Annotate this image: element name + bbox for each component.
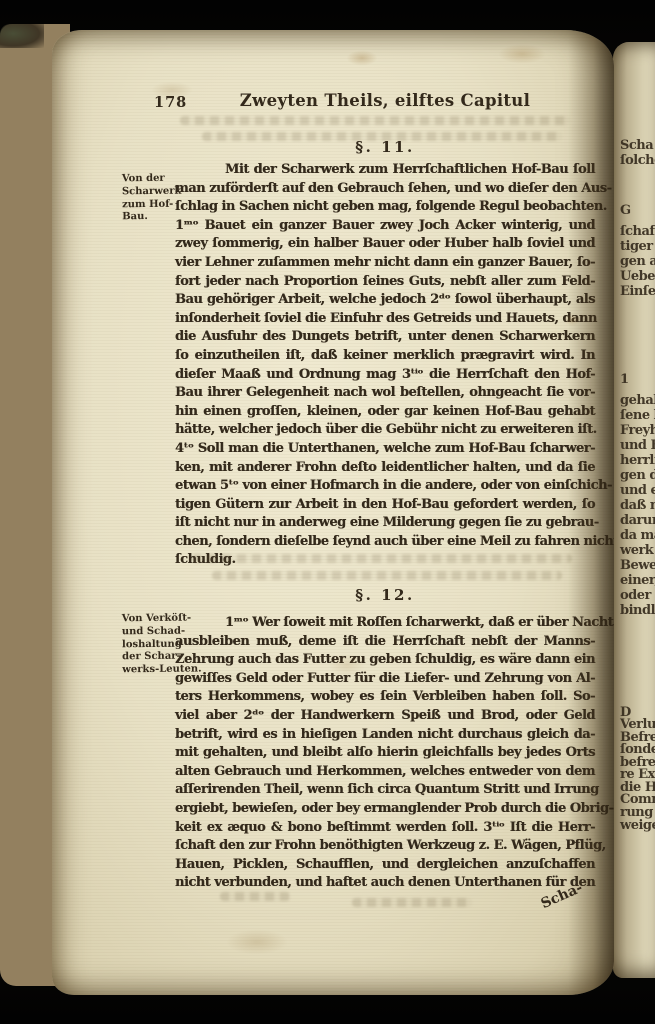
text-fragment: oder ſo	[620, 588, 655, 603]
text-fragment: bindlich	[620, 603, 655, 618]
text-line: ſchlag in Sachen nicht geben mag, folgen…	[175, 198, 595, 217]
text-line: 1ᵐᵒ Bauet ein ganzer Bauer zwey Joch Ack…	[175, 217, 595, 236]
text-line: Bau gehöriger Arbeit, welche jedoch 2ᵈᵒ …	[175, 291, 595, 310]
text-line: hätte, welcher jedoch über die Gebühr ni…	[175, 421, 595, 440]
text-line: 4ᵗᵒ Soll man die Unterthanen, welche zum…	[175, 440, 595, 459]
text-fragment: 1	[620, 372, 629, 387]
text-fragment: darunte	[620, 513, 655, 528]
text-line: mit gehalten, und bleibt alſo hierin gle…	[175, 744, 595, 763]
text-line: etwan 5ᵗᵒ von einer Hofmarch in die ande…	[175, 477, 595, 496]
margin-note-line: Bau.	[122, 211, 178, 224]
show-through-smudge	[202, 132, 562, 141]
show-through-smudge	[352, 898, 472, 907]
text-fragment: ſene be	[620, 408, 655, 423]
section-heading-12: §. 12.	[175, 586, 595, 604]
text-line: ſchaft den zur Frohn benöthigten Werkzeu…	[175, 837, 595, 856]
text-line: ausbleiben muß, deme iſt die Herrſchaft …	[175, 633, 595, 652]
text-fragment: Scha	[620, 138, 653, 153]
margin-note-line: Von der	[122, 173, 178, 186]
text-fragment: weigert	[620, 818, 655, 833]
show-through-smudge	[220, 892, 290, 901]
text-line: nicht verbunden, und haftet auch denen U…	[175, 874, 595, 893]
text-line: Hauen, Picklen, Schaufflen, und dergleic…	[175, 856, 595, 875]
show-through-smudge	[212, 571, 562, 580]
text-fragment: gen a	[620, 254, 655, 269]
left-page: 178 Zweyten Theils, eilftes Capitul §. 1…	[52, 30, 614, 995]
text-fragment: einer,	[620, 573, 655, 588]
text-line: ſo einzutheilen iſt, daß keiner merklich…	[175, 347, 595, 366]
text-fragment: ſolche	[620, 153, 655, 168]
text-fragment: gen der	[620, 468, 655, 483]
text-fragment: Beweiſ	[620, 558, 655, 573]
text-line: zwey ſommerig, ein halber Bauer oder Hub…	[175, 235, 595, 254]
text-line: die Ausfuhr des Dungets betrift, unter d…	[175, 328, 595, 347]
text-line: 1ᵐᵒ Wer ſoweit mit Roſſen ſcharwerkt, da…	[175, 614, 595, 633]
text-fragment: Freyhe	[620, 423, 655, 438]
text-line: inſonderheit ſoviel die Einfuhr des Getr…	[175, 310, 595, 329]
margin-note-line: und Schad-	[122, 626, 178, 639]
margin-note-verkoestung: Von Verköſt-und Schad-loshaltungder Scha…	[122, 613, 179, 678]
text-line: tigen Gütern zur Arbeit in den Hof-Bau g…	[175, 496, 595, 515]
text-fragment: und B	[620, 438, 655, 453]
text-line: vier Lehner zuſammen mehr nicht dann ein…	[175, 254, 595, 273]
text-fragment: daß nu	[620, 498, 655, 513]
text-line: Mit der Scharwerk zum Herrſchaftlichen H…	[175, 161, 595, 180]
text-fragment: Einſeh	[620, 284, 655, 299]
text-fragment: werk a	[620, 543, 655, 558]
text-line: chen, ſondern dieſelbe ſeynd auch über e…	[175, 533, 595, 552]
text-line: man zuförderſt auf den Gebrauch ſehen, u…	[175, 180, 595, 199]
margin-note-line: Von Verköſt-	[122, 613, 178, 626]
margin-note-line: der Schar-	[122, 651, 178, 664]
text-fragment: ſchaft	[620, 224, 655, 239]
text-line: ters Herkommens, wobey es ſein Verbleibe…	[175, 688, 595, 707]
text-line: aſſerirenden Theil, wenn ſich circa Quan…	[175, 781, 595, 800]
paragraph-section-12: 1ᵐᵒ Wer ſoweit mit Roſſen ſcharwerkt, da…	[175, 614, 595, 893]
text-fragment: herrlich	[620, 453, 655, 468]
text-fragment: da man	[620, 528, 655, 543]
binding-corner	[0, 24, 44, 48]
paragraph-section-11: Mit der Scharwerk zum Herrſchaftlichen H…	[175, 161, 595, 570]
text-line: Zehrung auch das Futter zu geben ſchuldi…	[175, 651, 595, 670]
margin-note-line: loshaltung	[122, 638, 178, 651]
text-line: ken, mit anderer Frohn deſto leidentlich…	[175, 459, 595, 478]
margin-note-scharwerk-hofbau: Von derScharwerkzum Hof-Bau.	[122, 173, 179, 225]
text-line: dieſer Maaß und Ordnung mag 3ᵗⁱᵒ die Her…	[175, 366, 595, 385]
show-through-smudge	[180, 116, 570, 125]
text-fragment: tiger	[620, 239, 653, 254]
text-fragment: Uebern	[620, 269, 655, 284]
text-line: Bau ihrer Gelegenheit nach wol beſtellen…	[175, 384, 595, 403]
text-fragment: gehalte	[620, 393, 655, 408]
text-line: iſt nicht nur in anderweg eine Milderung…	[175, 514, 595, 533]
running-title: Zweyten Theils, eilftes Capitul	[175, 91, 595, 110]
show-through-smudge	[192, 554, 572, 563]
text-line: betrift, wird es in hieſigen Landen nich…	[175, 726, 595, 745]
margin-note-line: zum Hof-	[122, 198, 178, 211]
photo-backdrop: 178 Zweyten Theils, eilftes Capitul §. 1…	[0, 0, 655, 1024]
text-line: gewiſſes Geld oder Futter für die Liefer…	[175, 670, 595, 689]
margin-note-line: Scharwerk	[122, 186, 178, 199]
text-line: ergiebt, bewieſen, oder bey ermanglender…	[175, 800, 595, 819]
right-page-edge: SchaſolcheGſchafttigergen aUebernEinſeh1…	[613, 0, 655, 1024]
text-line: viel aber 2ᵈᵒ der Handwerkern Speiß und …	[175, 707, 595, 726]
text-fragment: G	[620, 203, 631, 218]
text-line: keit ex æquo & bono beſtimmt werden ſoll…	[175, 819, 595, 838]
text-line: alten Gebrauch und Herkommen, welches en…	[175, 763, 595, 782]
text-line: fort jeder nach Proportion ſeines Guts, …	[175, 273, 595, 292]
margin-note-line: werks-Leuten.	[122, 664, 178, 677]
text-line: hin einen groſſen, kleinen, oder gar kei…	[175, 403, 595, 422]
text-fragment: und erk	[620, 483, 655, 498]
